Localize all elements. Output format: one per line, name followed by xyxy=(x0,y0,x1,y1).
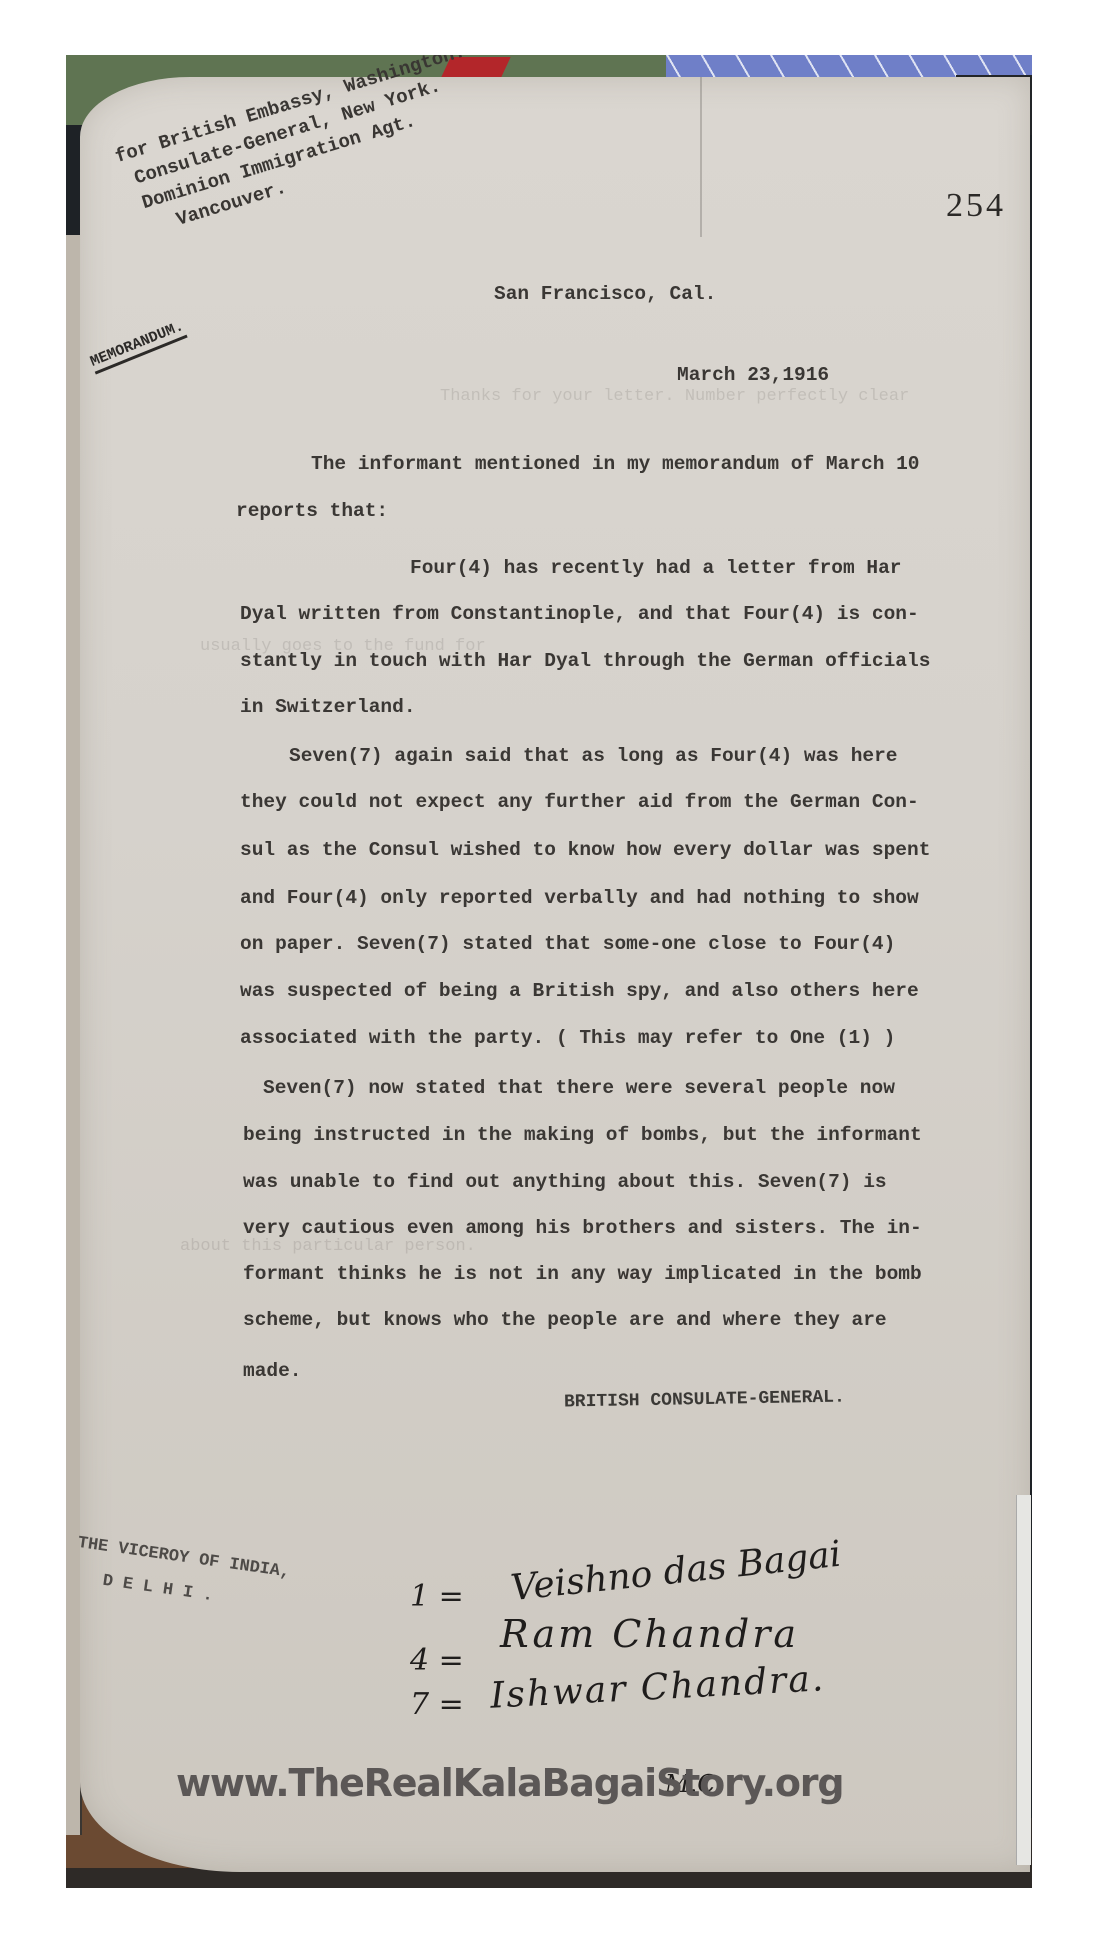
body-line: Seven(7) again said that as long as Four… xyxy=(289,745,898,767)
page-number: 254 xyxy=(946,187,1006,225)
body-line: was suspected of being a British spy, an… xyxy=(240,980,919,1002)
body-line: scheme, but knows who the people are and… xyxy=(243,1309,887,1331)
body-line: on paper. Seven(7) stated that some-one … xyxy=(240,933,895,955)
body-line: in Switzerland. xyxy=(240,696,416,718)
copies-to-header: for British Embassy, Washington. Consula… xyxy=(112,55,491,244)
body-line: was unable to find out anything about th… xyxy=(243,1171,887,1193)
document-photo: Thanks for your letter. Number perfectly… xyxy=(66,55,1032,1888)
memorandum-stamp: MEMORANDUM. xyxy=(88,318,188,375)
place-line: San Francisco, Cal. xyxy=(494,283,716,305)
handwritten-key-name: Veishno das Bagai xyxy=(509,1534,843,1609)
handwritten-key-name: Ram Chandra xyxy=(500,1612,799,1656)
body-line: The informant mentioned in my memorandum… xyxy=(311,453,920,475)
handwritten-key-number: 1 = xyxy=(410,1579,464,1614)
body-line: Dyal written from Constantinople, and th… xyxy=(240,603,919,625)
body-line: Four(4) has recently had a letter from H… xyxy=(410,557,901,579)
body-line: very cautious even among his brothers an… xyxy=(243,1217,922,1239)
addressee-block: THE VICEROY OF INDIA, DELHI. xyxy=(71,1527,293,1624)
date-line: March 23,1916 xyxy=(677,364,829,386)
body-line: formant thinks he is not in any way impl… xyxy=(243,1263,922,1285)
memorandum-page: Thanks for your letter. Number perfectly… xyxy=(80,77,1030,1872)
signature-line: BRITISH CONSULATE-GENERAL. xyxy=(564,1388,845,1413)
body-line: they could not expect any further aid fr… xyxy=(240,791,919,813)
body-line: made. xyxy=(243,1360,302,1382)
page-tab-edge xyxy=(1016,1495,1031,1865)
handwritten-key-number: 7 = xyxy=(410,1687,464,1722)
body-line: reports that: xyxy=(236,500,388,522)
body-line: associated with the party. ( This may re… xyxy=(240,1027,895,1049)
fold-line xyxy=(700,77,702,237)
body-line: and Four(4) only reported verbally and h… xyxy=(240,887,919,909)
body-line: sul as the Consul wished to know how eve… xyxy=(240,839,930,861)
handwritten-key-name: Ishwar Chandra. xyxy=(489,1658,826,1716)
body-line: being instructed in the making of bombs,… xyxy=(243,1124,922,1146)
website-watermark: www.TheRealKalaBagaiStory.org xyxy=(176,1761,936,1805)
body-line: Seven(7) now stated that there were seve… xyxy=(263,1077,895,1099)
bleed-through-text: about this particular person. xyxy=(180,1237,476,1256)
bleed-through-text: Thanks for your letter. Number perfectly… xyxy=(440,387,909,406)
body-line: stantly in touch with Har Dyal through t… xyxy=(240,650,930,672)
handwritten-key-number: 4 = xyxy=(410,1643,464,1678)
